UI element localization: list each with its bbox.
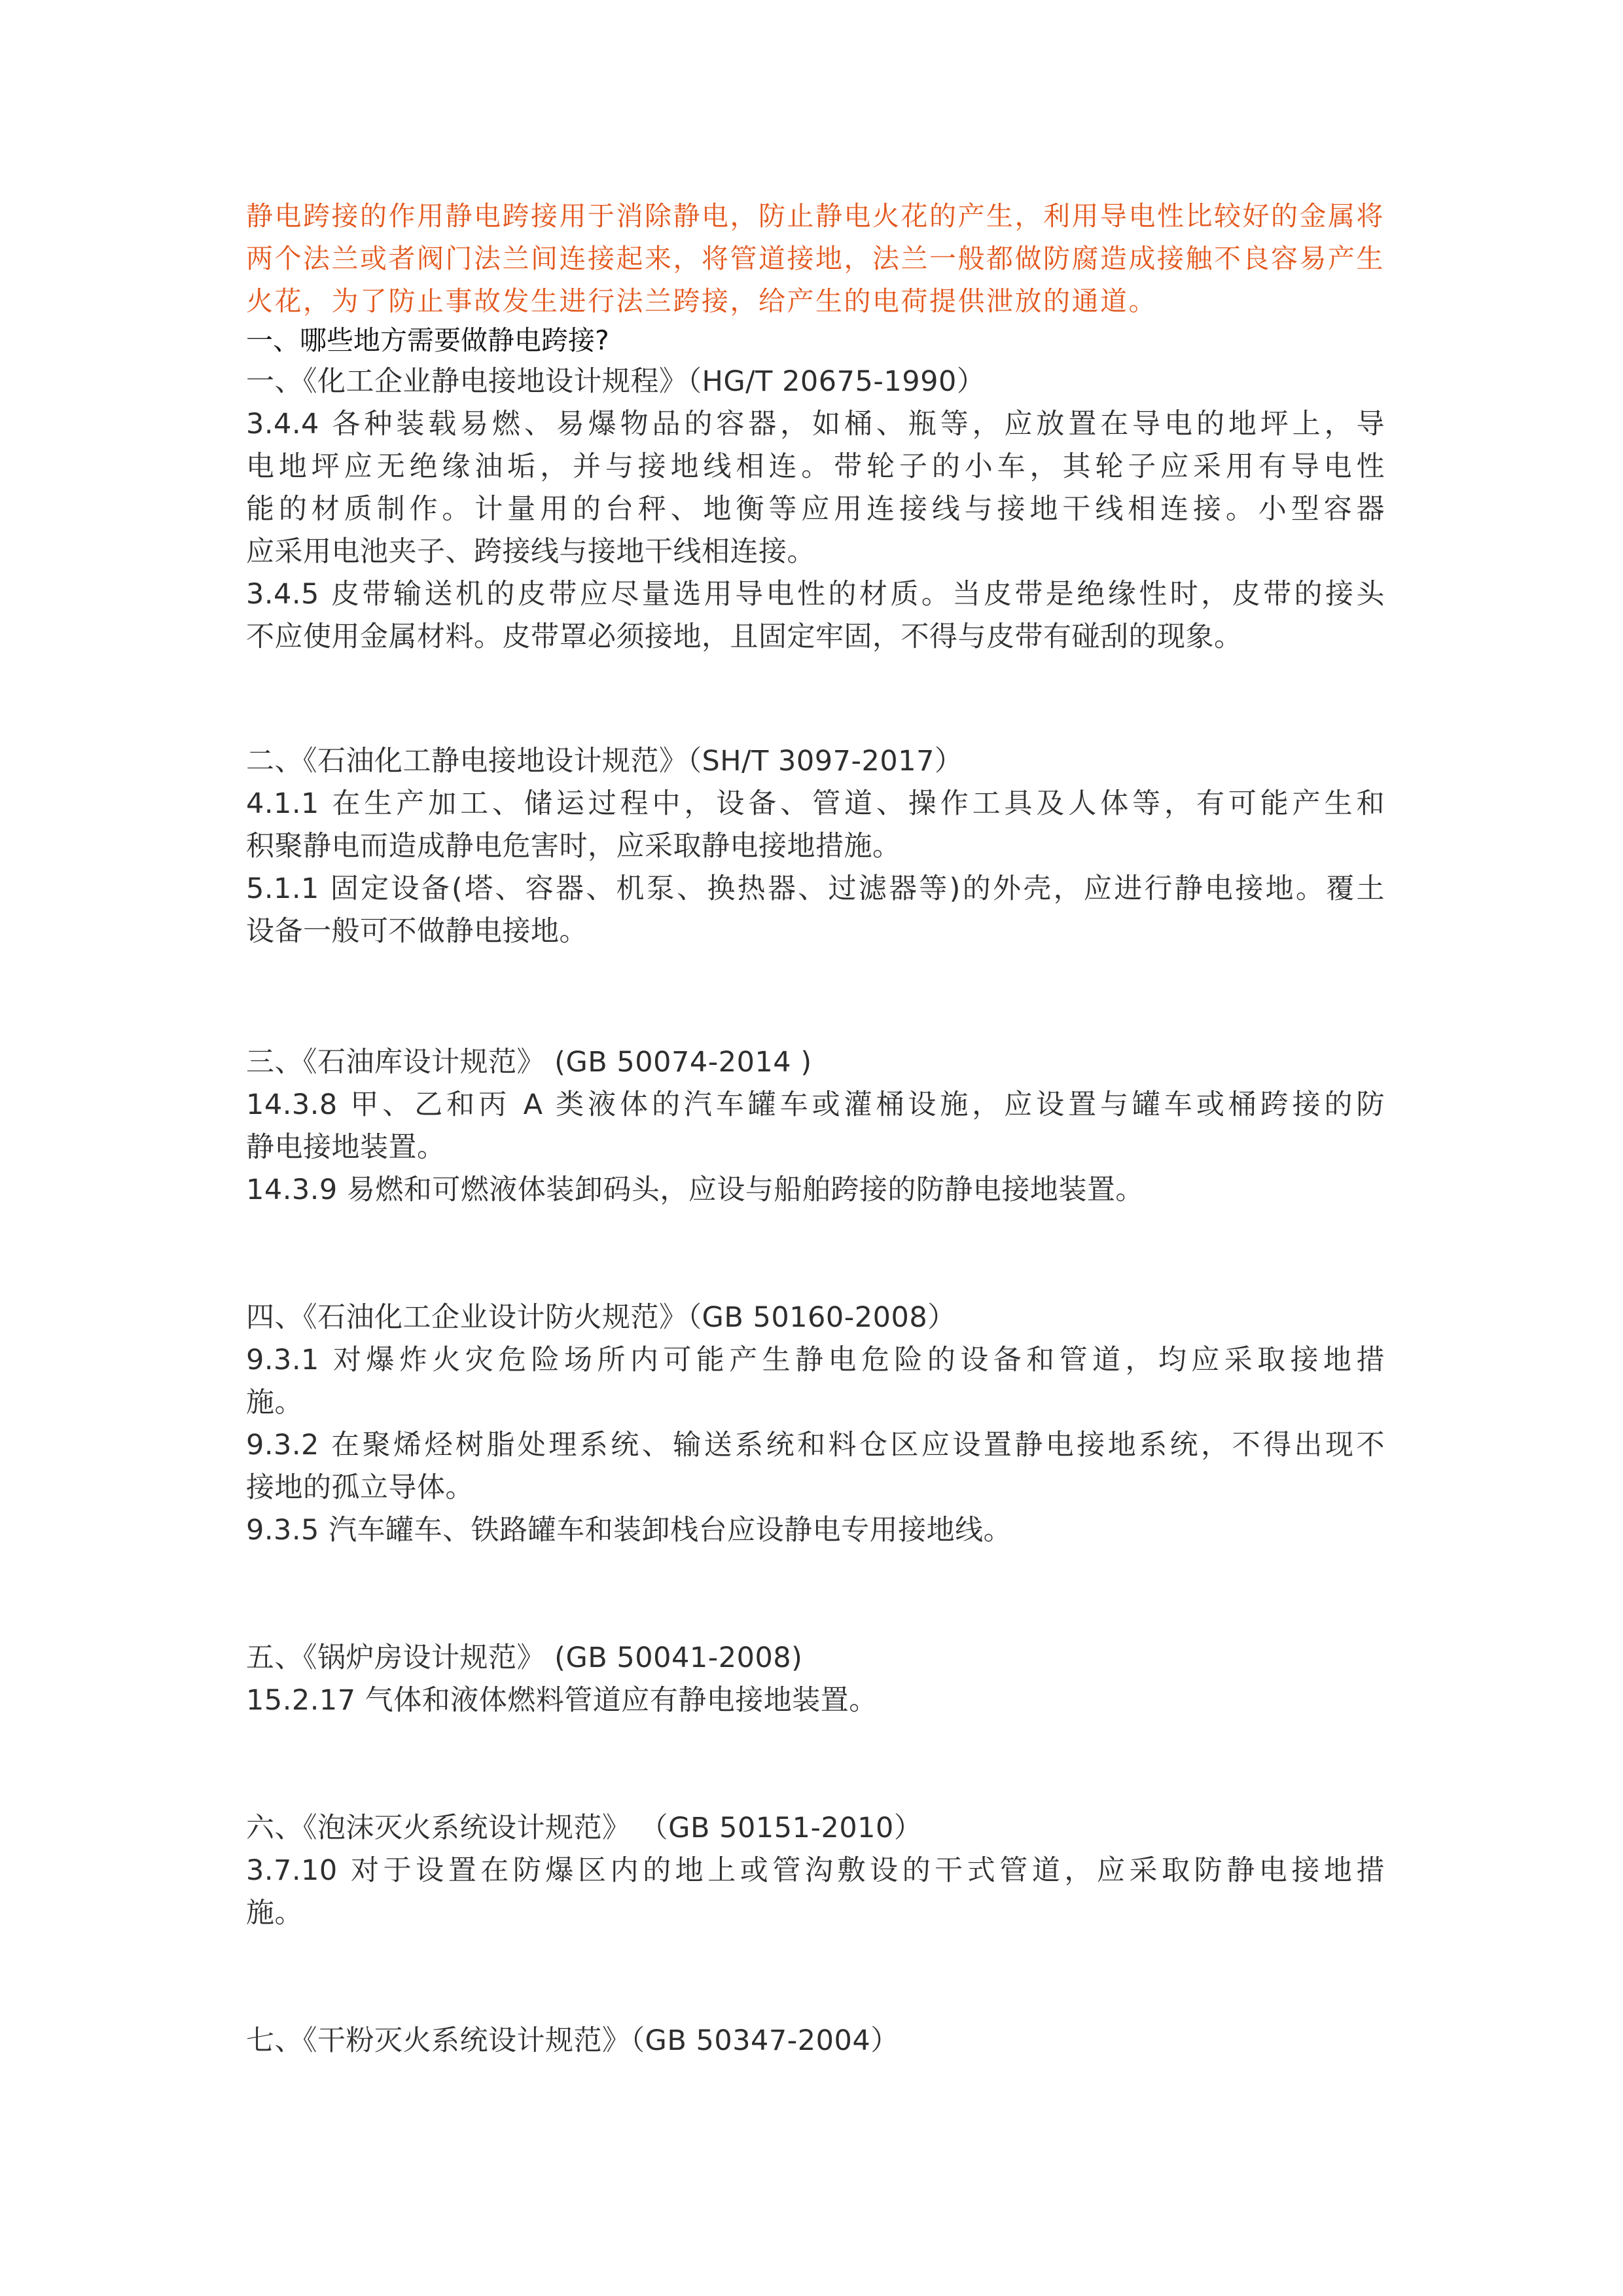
section-1-line-1: 3.4.4 各种装载易燃、易爆物品的容器，如桶、瓶等，应放置在导电的地坪上，导 — [246, 404, 1385, 444]
section-4-title: 四、《石油化工企业设计防火规范》（GB 50160-2008） — [246, 1298, 1385, 1337]
section-5-line-1: 15.2.17 气体和液体燃料管道应有静电接地装置。 — [246, 1681, 1385, 1720]
section-3-title: 三、《石油库设计规范》 (GB 50074-2014 ) — [246, 1043, 1385, 1082]
section-1-line-3: 能的材质制作。计量用的台秤、地衡等应用连接线与接地干线相连接。小型容器 — [246, 490, 1385, 529]
section-6-line-1: 3.7.10 对于设置在防爆区内的地上或管沟敷设的干式管道，应采取防静电接地措 — [246, 1851, 1385, 1890]
section-6-line-2: 施。 — [246, 1893, 1385, 1933]
document-page: 静电跨接的作用静电跨接用于消除静电，防止静电火花的产生，利用导电性比较好的金属将… — [0, 0, 1623, 2296]
section-2-title: 二、《石油化工静电接地设计规范》（SH/T 3097-2017） — [246, 742, 1385, 781]
section-1-line-4: 应采用电池夹子、跨接线与接地干线相连接。 — [246, 532, 1385, 571]
section-3-line-2: 静电接地装置。 — [246, 1128, 1385, 1167]
section-1-line-6: 不应使用金属材料。皮带罩必须接地，且固定牢固，不得与皮带有碰刮的现象。 — [246, 617, 1385, 656]
section-2-line-1: 4.1.1 在生产加工、储运过程中，设备、管道、操作工具及人体等，有可能产生和 — [246, 784, 1385, 823]
intro-line-3: 火花，为了防止事故发生进行法兰跨接，给产生的电荷提供泄放的通道。 — [246, 281, 1385, 321]
section-4-line-2: 施。 — [246, 1383, 1385, 1422]
section-4-line-1: 9.3.1 对爆炸火灾危险场所内可能产生静电危险的设备和管道，均应采取接地措 — [246, 1340, 1385, 1380]
section-1-line-2: 电地坪应无绝缘油垢，并与接地线相连。带轮子的小车，其轮子应采用有导电性 — [246, 447, 1385, 486]
section-6-title: 六、《泡沫灭火系统设计规范》 （GB 50151-2010） — [246, 1808, 1385, 1848]
section-2-line-3: 5.1.1 固定设备(塔、容器、机泵、换热器、过滤器等)的外壳，应进行静电接地。… — [246, 869, 1385, 908]
section-2-line-4: 设备一般可不做静电接地。 — [246, 912, 1385, 951]
section-3-line-3: 14.3.9 易燃和可燃液体装卸码头，应设与船舶跨接的防静电接地装置。 — [246, 1170, 1385, 1210]
section-5-title: 五、《锅炉房设计规范》 (GB 50041-2008) — [246, 1638, 1385, 1677]
section-7-title: 七、《干粉灭火系统设计规范》（GB 50347-2004） — [246, 2021, 1385, 2060]
section-4-line-4: 接地的孤立导体。 — [246, 1468, 1385, 1507]
section-1-title: 一、《化工企业静电接地设计规程》（HG/T 20675-1990） — [246, 362, 1385, 401]
intro-line-2: 两个法兰或者阀门法兰间连接起来，将管道接地，法兰一般都做防腐造成接触不良容易产生 — [246, 239, 1385, 278]
question-heading: 一、哪些地方需要做静电跨接? — [246, 321, 1385, 360]
intro-line-1: 静电跨接的作用静电跨接用于消除静电，防止静电火花的产生，利用导电性比较好的金属将 — [246, 196, 1385, 236]
section-3-line-1: 14.3.8 甲、乙和丙 A 类液体的汽车罐车或灌桶设施，应设置与罐车或桶跨接的… — [246, 1085, 1385, 1124]
section-4-line-3: 9.3.2 在聚烯烃树脂处理系统、输送系统和料仓区应设置静电接地系统，不得出现不 — [246, 1426, 1385, 1465]
section-1-line-5: 3.4.5 皮带输送机的皮带应尽量选用导电性的材质。当皮带是绝缘性时，皮带的接头 — [246, 575, 1385, 614]
section-4-line-5: 9.3.5 汽车罐车、铁路罐车和装卸栈台应设静电专用接地线。 — [246, 1511, 1385, 1550]
section-2-line-2: 积聚静电而造成静电危害时，应采取静电接地措施。 — [246, 827, 1385, 866]
